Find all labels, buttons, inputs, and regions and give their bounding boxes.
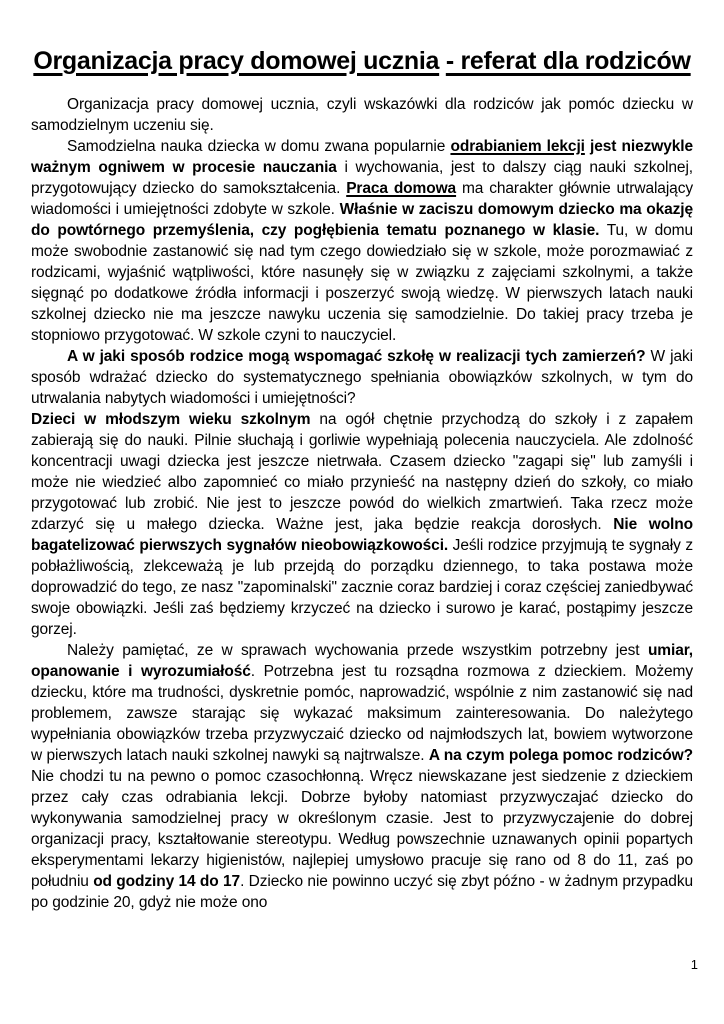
- text-segment: Tu, w domu może swobodnie zastanowić się…: [31, 222, 693, 344]
- text-segment: Należy pamiętać, ze w sprawach wychowani…: [67, 642, 648, 659]
- paragraph: Dzieci w młodszym wieku szkolnym na ogół…: [31, 409, 693, 640]
- text-segment: na ogół chętnie przychodzą do szkoły i z…: [31, 411, 693, 533]
- title-line-1: Organizacja pracy domowej ucznia: [33, 47, 439, 75]
- title-line-2-text: - referat dla rodziców: [446, 47, 691, 75]
- text-segment: A w jaki sposób rodzice mogą wspomagać s…: [67, 348, 645, 365]
- text-segment: odrabianiem lekcji: [450, 138, 584, 155]
- text-segment: Praca domowa: [346, 180, 456, 197]
- paragraph: A w jaki sposób rodzice mogą wspomagać s…: [31, 346, 693, 409]
- text-segment: Nie chodzi tu na pewno o pomoc czasochło…: [31, 768, 693, 890]
- document-title: Organizacja pracy domowej ucznia - refer…: [31, 44, 693, 79]
- paragraph: Należy pamiętać, ze w sprawach wychowani…: [31, 640, 693, 913]
- title-line-1-text: Organizacja pracy domowej ucznia: [33, 47, 439, 75]
- paragraph: Organizacja pracy domowej ucznia, czyli …: [31, 94, 693, 136]
- document-page: Organizacja pracy domowej ucznia - refer…: [0, 0, 724, 1024]
- document-body: Organizacja pracy domowej ucznia, czyli …: [31, 94, 693, 913]
- paragraph: Samodzielna nauka dziecka w domu zwana p…: [31, 136, 693, 346]
- text-segment: od godziny 14 do 17: [93, 873, 240, 890]
- text-segment: Dzieci w młodszym wieku szkolnym: [31, 411, 310, 428]
- title-line-2: - referat dla rodziców: [446, 47, 691, 75]
- page-number: 1: [691, 957, 698, 973]
- text-segment: Organizacja pracy domowej ucznia, czyli …: [31, 96, 693, 134]
- text-segment: Samodzielna nauka dziecka w domu zwana p…: [67, 138, 450, 155]
- text-segment: A na czym polega pomoc rodziców?: [429, 747, 693, 764]
